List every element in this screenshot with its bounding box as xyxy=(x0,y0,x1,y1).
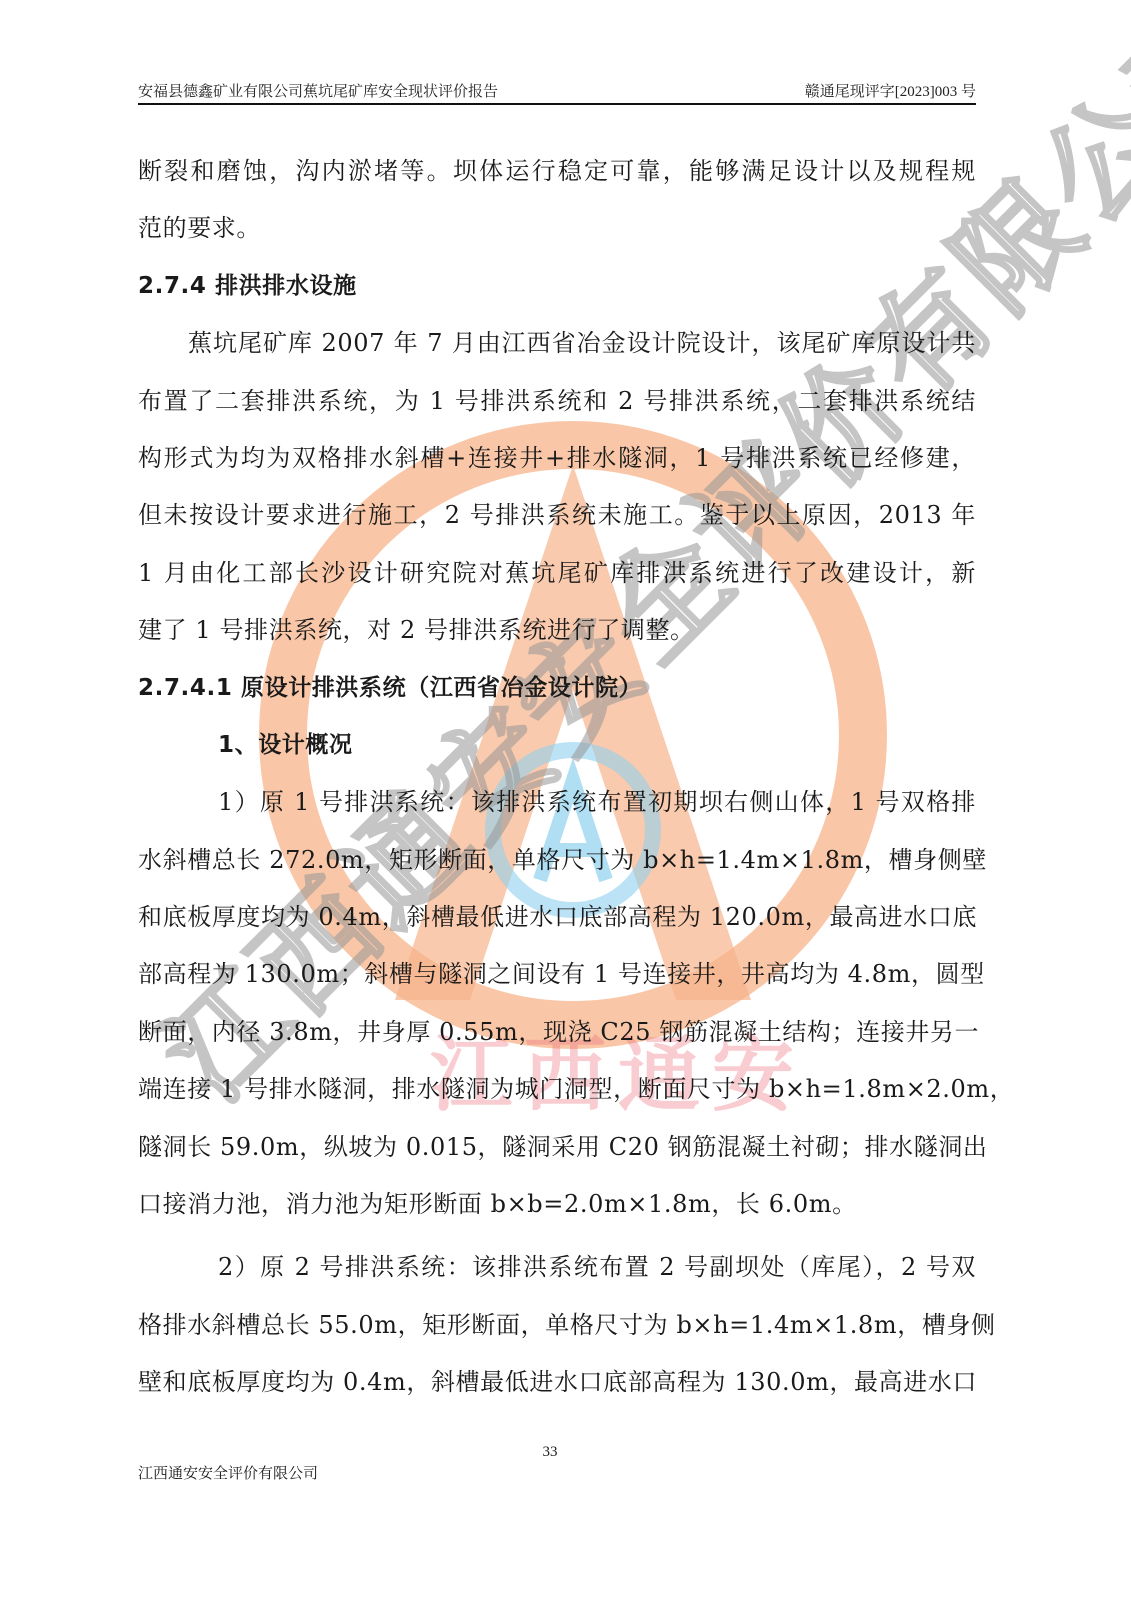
paragraph-line: 但未按设计要求进行施工，2 号排洪系统未施工。鉴于以上原因，2013 年 xyxy=(138,487,976,544)
paragraph-line: 格排水斜槽总长 55.0m，矩形断面，单格尺寸为 b×h=1.4m×1.8m，槽… xyxy=(138,1297,976,1354)
paragraph-line: 1）原 1 号排洪系统：该排洪系统布置初期坝右侧山体，1 号双格排 xyxy=(138,774,976,831)
report-title: 安福县德鑫矿业有限公司蕉坑尾矿库安全现状评价报告 xyxy=(138,80,498,101)
paragraph-line: 建了 1 号排洪系统，对 2 号排洪系统进行了调整。 xyxy=(138,602,976,659)
header-divider xyxy=(138,103,976,105)
paragraph-line: 断面，内径 3.8m，井身厚 0.55m，现浇 C25 钢筋混凝土结构；连接井另… xyxy=(138,1004,976,1061)
item-heading: 1、设计概况 xyxy=(138,717,976,774)
paragraph-line: 壁和底板厚度均为 0.4m，斜槽最低进水口底部高程为 130.0m，最高进水口 xyxy=(138,1354,976,1411)
document-body: 断裂和磨蚀，沟内淤堵等。坝体运行稳定可靠，能够满足设计以及规程规 范的要求。 2… xyxy=(138,143,976,1412)
paragraph-line: 范的要求。 xyxy=(138,200,976,257)
paragraph-line: 构形式为均为双格排水斜槽+连接井+排水隧洞，1 号排洪系统已经修建， xyxy=(138,430,976,487)
document-page: 江西通安 江西通安安全评价有限公司 安福县德鑫矿业有限公司蕉坑尾矿库安全现状评价… xyxy=(0,0,1131,1600)
page-number: 33 xyxy=(0,1444,1100,1461)
section-heading: 2.7.4 排洪排水设施 xyxy=(138,258,976,315)
paragraph-line: 1 月由化工部长沙设计研究院对蕉坑尾矿库排洪系统进行了改建设计，新 xyxy=(138,545,976,602)
subsection-heading: 2.7.4.1 原设计排洪系统（江西省冶金设计院） xyxy=(138,660,976,717)
report-number: 赣通尾现评字[2023]003 号 xyxy=(805,80,976,101)
paragraph-line: 2）原 2 号排洪系统：该排洪系统布置 2 号副坝处（库尾），2 号双 xyxy=(138,1239,976,1296)
paragraph-line: 水斜槽总长 272.0m，矩形断面，单格尺寸为 b×h=1.4m×1.8m，槽身… xyxy=(138,832,976,889)
paragraph-line: 端连接 1 号排水隧洞，排水隧洞为城门洞型，断面尺寸为 b×h=1.8m×2.0… xyxy=(138,1061,976,1118)
paragraph-line: 部高程为 130.0m；斜槽与隧洞之间设有 1 号连接井，井高均为 4.8m，圆… xyxy=(138,946,976,1003)
paragraph-line: 口接消力池，消力池为矩形断面 b×b=2.0m×1.8m，长 6.0m。 xyxy=(138,1176,976,1233)
paragraph-line: 断裂和磨蚀，沟内淤堵等。坝体运行稳定可靠，能够满足设计以及规程规 xyxy=(138,143,976,200)
footer-company: 江西通安安全评价有限公司 xyxy=(138,1462,318,1483)
paragraph-line: 蕉坑尾矿库 2007 年 7 月由江西省冶金设计院设计，该尾矿库原设计共 xyxy=(138,315,976,372)
paragraph-line: 和底板厚度均为 0.4m，斜槽最低进水口底部高程为 120.0m，最高进水口底 xyxy=(138,889,976,946)
paragraph-line: 布置了二套排洪系统，为 1 号排洪系统和 2 号排洪系统，二套排洪系统结 xyxy=(138,373,976,430)
paragraph-line: 隧洞长 59.0m，纵坡为 0.015，隧洞采用 C20 钢筋混凝土衬砌；排水隧… xyxy=(138,1119,976,1176)
page-header: 安福县德鑫矿业有限公司蕉坑尾矿库安全现状评价报告 赣通尾现评字[2023]003… xyxy=(138,78,976,102)
